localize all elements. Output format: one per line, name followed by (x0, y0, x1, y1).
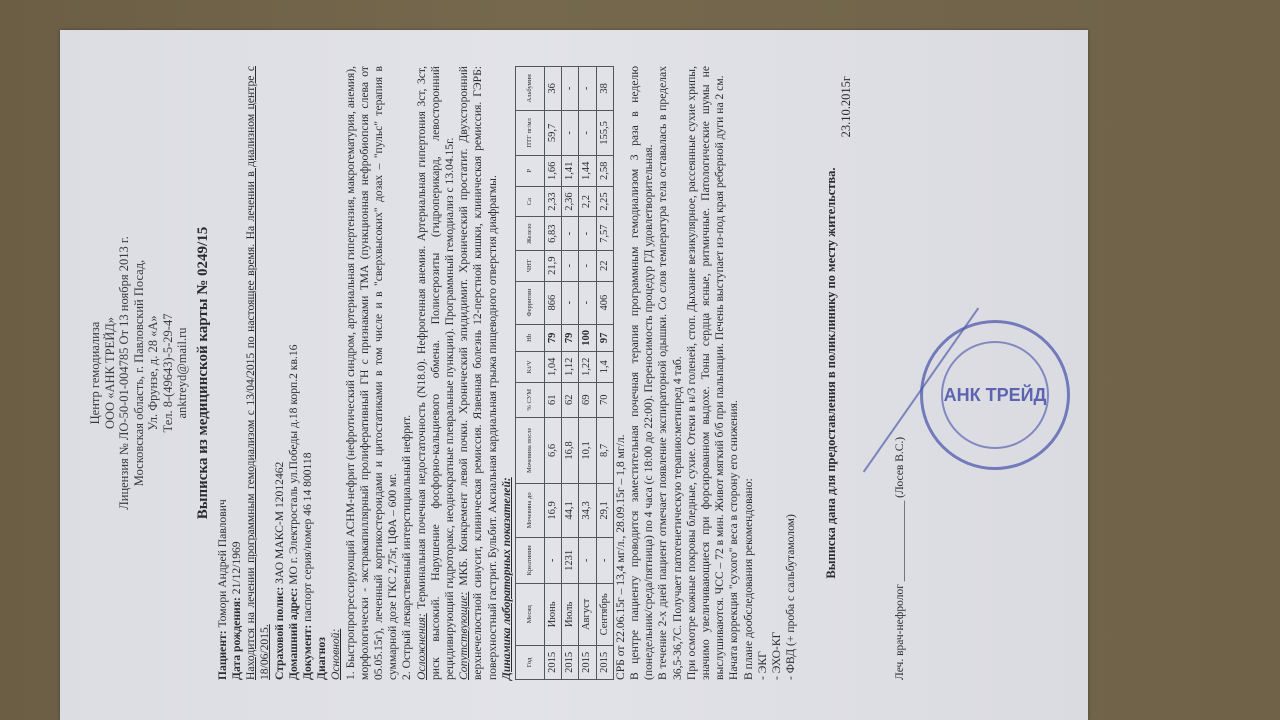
table-cell: 79 (562, 324, 579, 351)
table-cell: - (562, 250, 579, 281)
document-title: Выписка из медицинской карты № 0249/15 (196, 66, 210, 680)
current-state: В течение 2-х дней пациент отмечает появ… (656, 66, 684, 680)
complications-text: Терминальная почечная недостаточность (N… (415, 66, 456, 680)
table-cell: 866 (544, 281, 561, 324)
dob-row: Дата рождения: 21/12/1969 (230, 66, 244, 680)
table-cell: - (579, 110, 596, 155)
table-cell: Август (579, 583, 596, 645)
patient-name: Томори Андрей Павлович (216, 499, 229, 627)
table-cell: - (544, 537, 561, 583)
phone: Тел. 8-(49643)-5-29-47 (161, 66, 176, 680)
passport: паспорт серия/номер 46 14 800118 (301, 452, 314, 621)
column-header: ЧНТ (515, 250, 544, 281)
org-name: ООО «АНК ТРЕЙД» (103, 66, 118, 680)
table-cell: 22 (596, 250, 613, 281)
table-cell: - (579, 537, 596, 583)
label: Домашний адрес: (287, 588, 300, 680)
table-cell: - (579, 217, 596, 250)
table-cell: 1,12 (562, 351, 579, 382)
table-cell: 2,58 (596, 155, 613, 186)
stamp-text: АНК ТРЕЙД (941, 341, 1049, 449)
table-cell: 44,1 (562, 483, 579, 537)
table-cell: 79 (544, 324, 561, 351)
table-cell: - (562, 217, 579, 250)
doctor-signature: Леч. врач-нефролог ______________ (Лосев… (893, 66, 907, 680)
label: Диагноз (315, 637, 328, 680)
table-cell: 2,36 (562, 186, 579, 217)
table-cell: 36 (544, 67, 561, 111)
table-cell: 70 (596, 382, 613, 417)
column-header: P (515, 155, 544, 186)
table-cell: 16,9 (544, 483, 561, 537)
main-diagnosis-label: Основной: (329, 66, 343, 680)
table-cell: 1,4 (596, 351, 613, 382)
plan-intro: В плане дообследования рекомендовано: (742, 66, 756, 680)
table-cell: - (579, 281, 596, 324)
crp-line: СРБ от 22.06.15г – 13,4 мг/л., 28.09.15г… (614, 66, 628, 680)
patient-name-row: Пациент: Томори Андрей Павлович (216, 66, 230, 680)
column-header: Месяц (515, 583, 544, 645)
table-row: 2015Сентябрь-29,18,7701,497406227,572,25… (596, 67, 613, 680)
column-header: Год (515, 645, 544, 679)
document-header: Центр гемодиализа ООО «АНК ТРЕЙД» Лиценз… (88, 66, 190, 680)
table-cell: 69 (579, 382, 596, 417)
table-cell: Июнь (544, 583, 561, 645)
table-row: 2015Июль123144,116,8621,1279---2,361,41-… (562, 67, 579, 680)
table-cell: 1,66 (544, 155, 561, 186)
column-header: Ферритин (515, 281, 544, 324)
table-row: 2015Август-34,310,1691,22100---2,21,44-- (579, 67, 596, 680)
column-header: Железо (515, 217, 544, 250)
table-cell: 1,41 (562, 155, 579, 186)
column-header: ПТГ пг/мл (515, 110, 544, 155)
column-header: Hb (515, 324, 544, 351)
dry-weight: Начата коррекция "сухого" веса в сторону… (727, 66, 741, 680)
column-header: Kt/V (515, 351, 544, 382)
table-cell: - (596, 537, 613, 583)
table-cell: 1,22 (579, 351, 596, 382)
table-cell: 10,1 (579, 417, 596, 483)
table-cell: Сентябрь (596, 583, 613, 645)
table-cell: 2015 (579, 645, 596, 679)
plan-item: - ФВД (+ проба с сальбутамолом) (784, 66, 798, 680)
column-header: Креатинин (515, 537, 544, 583)
table-cell: 8,7 (596, 417, 613, 483)
table-cell: 97 (596, 324, 613, 351)
label: Осложнения: (415, 613, 428, 680)
table-cell: - (562, 67, 579, 111)
table-cell: 2015 (562, 645, 579, 679)
concomitant-text: МКБ. Конкремент левой почки. Хронический… (457, 66, 498, 680)
table-cell: 62 (562, 382, 579, 417)
table-cell: 2,33 (544, 186, 561, 217)
license: Лицензия № ЛО-50-01-004785 От 13 ноября … (117, 66, 132, 680)
stamp-icon: АНК ТРЕЙД (920, 320, 1070, 470)
table-cell: 2015 (544, 645, 561, 679)
table-cell: 155,5 (596, 110, 613, 155)
table-cell: - (562, 281, 579, 324)
table-cell: 1231 (562, 537, 579, 583)
lab-table-body: 2015Июнь-16,96,6611,047986621,96,832,331… (544, 67, 613, 680)
diagnosis-item-2: 2. Острый лекарственный интерстициальный… (400, 66, 414, 680)
table-cell: - (562, 110, 579, 155)
column-header: Мочевина до (515, 483, 544, 537)
document-row: Документ: паспорт серия/номер 46 14 8001… (301, 66, 315, 680)
label: Документ: (301, 625, 314, 680)
column-header: Ca (515, 186, 544, 217)
treatment-info: Находится на лечении программным гемодиа… (244, 66, 272, 680)
table-cell: 29,1 (596, 483, 613, 537)
insurance: ЗАО МАКС-М 12012462 (273, 462, 286, 584)
center-name: Центр гемодиализа (88, 66, 103, 680)
table-cell: 7,57 (596, 217, 613, 250)
label: Сопутствующие: (457, 592, 470, 680)
lab-table-caption: Динамика лабораторных показателей: (500, 66, 514, 680)
insurance-row: Страховой полис: ЗАО МАКС-М 12012462 (273, 66, 287, 680)
label: Дата рождения: (230, 597, 243, 680)
concomitant: Сопутствующие: МКБ. Конкремент левой поч… (457, 66, 500, 680)
column-header: % СУМ (515, 382, 544, 417)
email: anktreyd@mail.ru (175, 66, 190, 680)
table-cell: - (579, 250, 596, 281)
table-cell: 59,7 (544, 110, 561, 155)
lab-table-header: ГодМесяцКреатининМочевина доМочевина пос… (515, 67, 544, 680)
column-header: Мочевина после (515, 417, 544, 483)
table-cell: 2015 (596, 645, 613, 679)
diagnosis-item-1: 1. Быстропрогрессирующий АСНМ-нефрит (не… (344, 66, 401, 680)
table-cell: 61 (544, 382, 561, 417)
table-cell: 6,6 (544, 417, 561, 483)
region: Московская область, г. Павловский Посад, (132, 66, 147, 680)
lab-table: ГодМесяцКреатининМочевина доМочевина пос… (515, 66, 614, 680)
table-cell: 34,3 (579, 483, 596, 537)
label: Пациент: (216, 630, 229, 680)
table-cell: 2,2 (579, 186, 596, 217)
address: МО г. Электросталь ул.Победы д.18 корп.2… (287, 345, 300, 585)
table-cell: 2,25 (596, 186, 613, 217)
table-cell: 406 (596, 281, 613, 324)
examination: При осмотре кожные покровы бледные, сухи… (685, 66, 728, 680)
table-cell: 21,9 (544, 250, 561, 281)
medical-discharge-document: Центр гемодиализа ООО «АНК ТРЕЙД» Лиценз… (60, 30, 1088, 720)
table-cell: 100 (579, 324, 596, 351)
plan-item: - ЭКГ (756, 66, 770, 680)
table-cell: 1,44 (579, 155, 596, 186)
plan-item: - ЭХО-КГ (770, 66, 784, 680)
table-cell: 16,8 (562, 417, 579, 483)
issue-date: 23.10.2015г (839, 76, 853, 680)
table-cell: - (579, 67, 596, 111)
table-row: 2015Июнь-16,96,6611,047986621,96,832,331… (544, 67, 561, 680)
diagnosis-label: Диагноз (315, 66, 329, 680)
table-cell: Июль (562, 583, 579, 645)
address-row: Домашний адрес: МО г. Электросталь ул.По… (287, 66, 301, 680)
dob: 21/12/1969 (230, 541, 243, 594)
complications: Осложнения: Терминальная почечная недост… (415, 66, 458, 680)
street: Ул. Фрунзе, д. 28 «А» (146, 66, 161, 680)
column-header: Альбумин (515, 67, 544, 111)
final-note: Выписка дана для предоставления в поликл… (824, 66, 838, 680)
table-cell: 1,04 (544, 351, 561, 382)
table-cell: 6,83 (544, 217, 561, 250)
table-cell: 38 (596, 67, 613, 111)
label: Страховой полис: (273, 587, 286, 680)
therapy: В центре пациенту проводится заместитель… (628, 66, 656, 680)
